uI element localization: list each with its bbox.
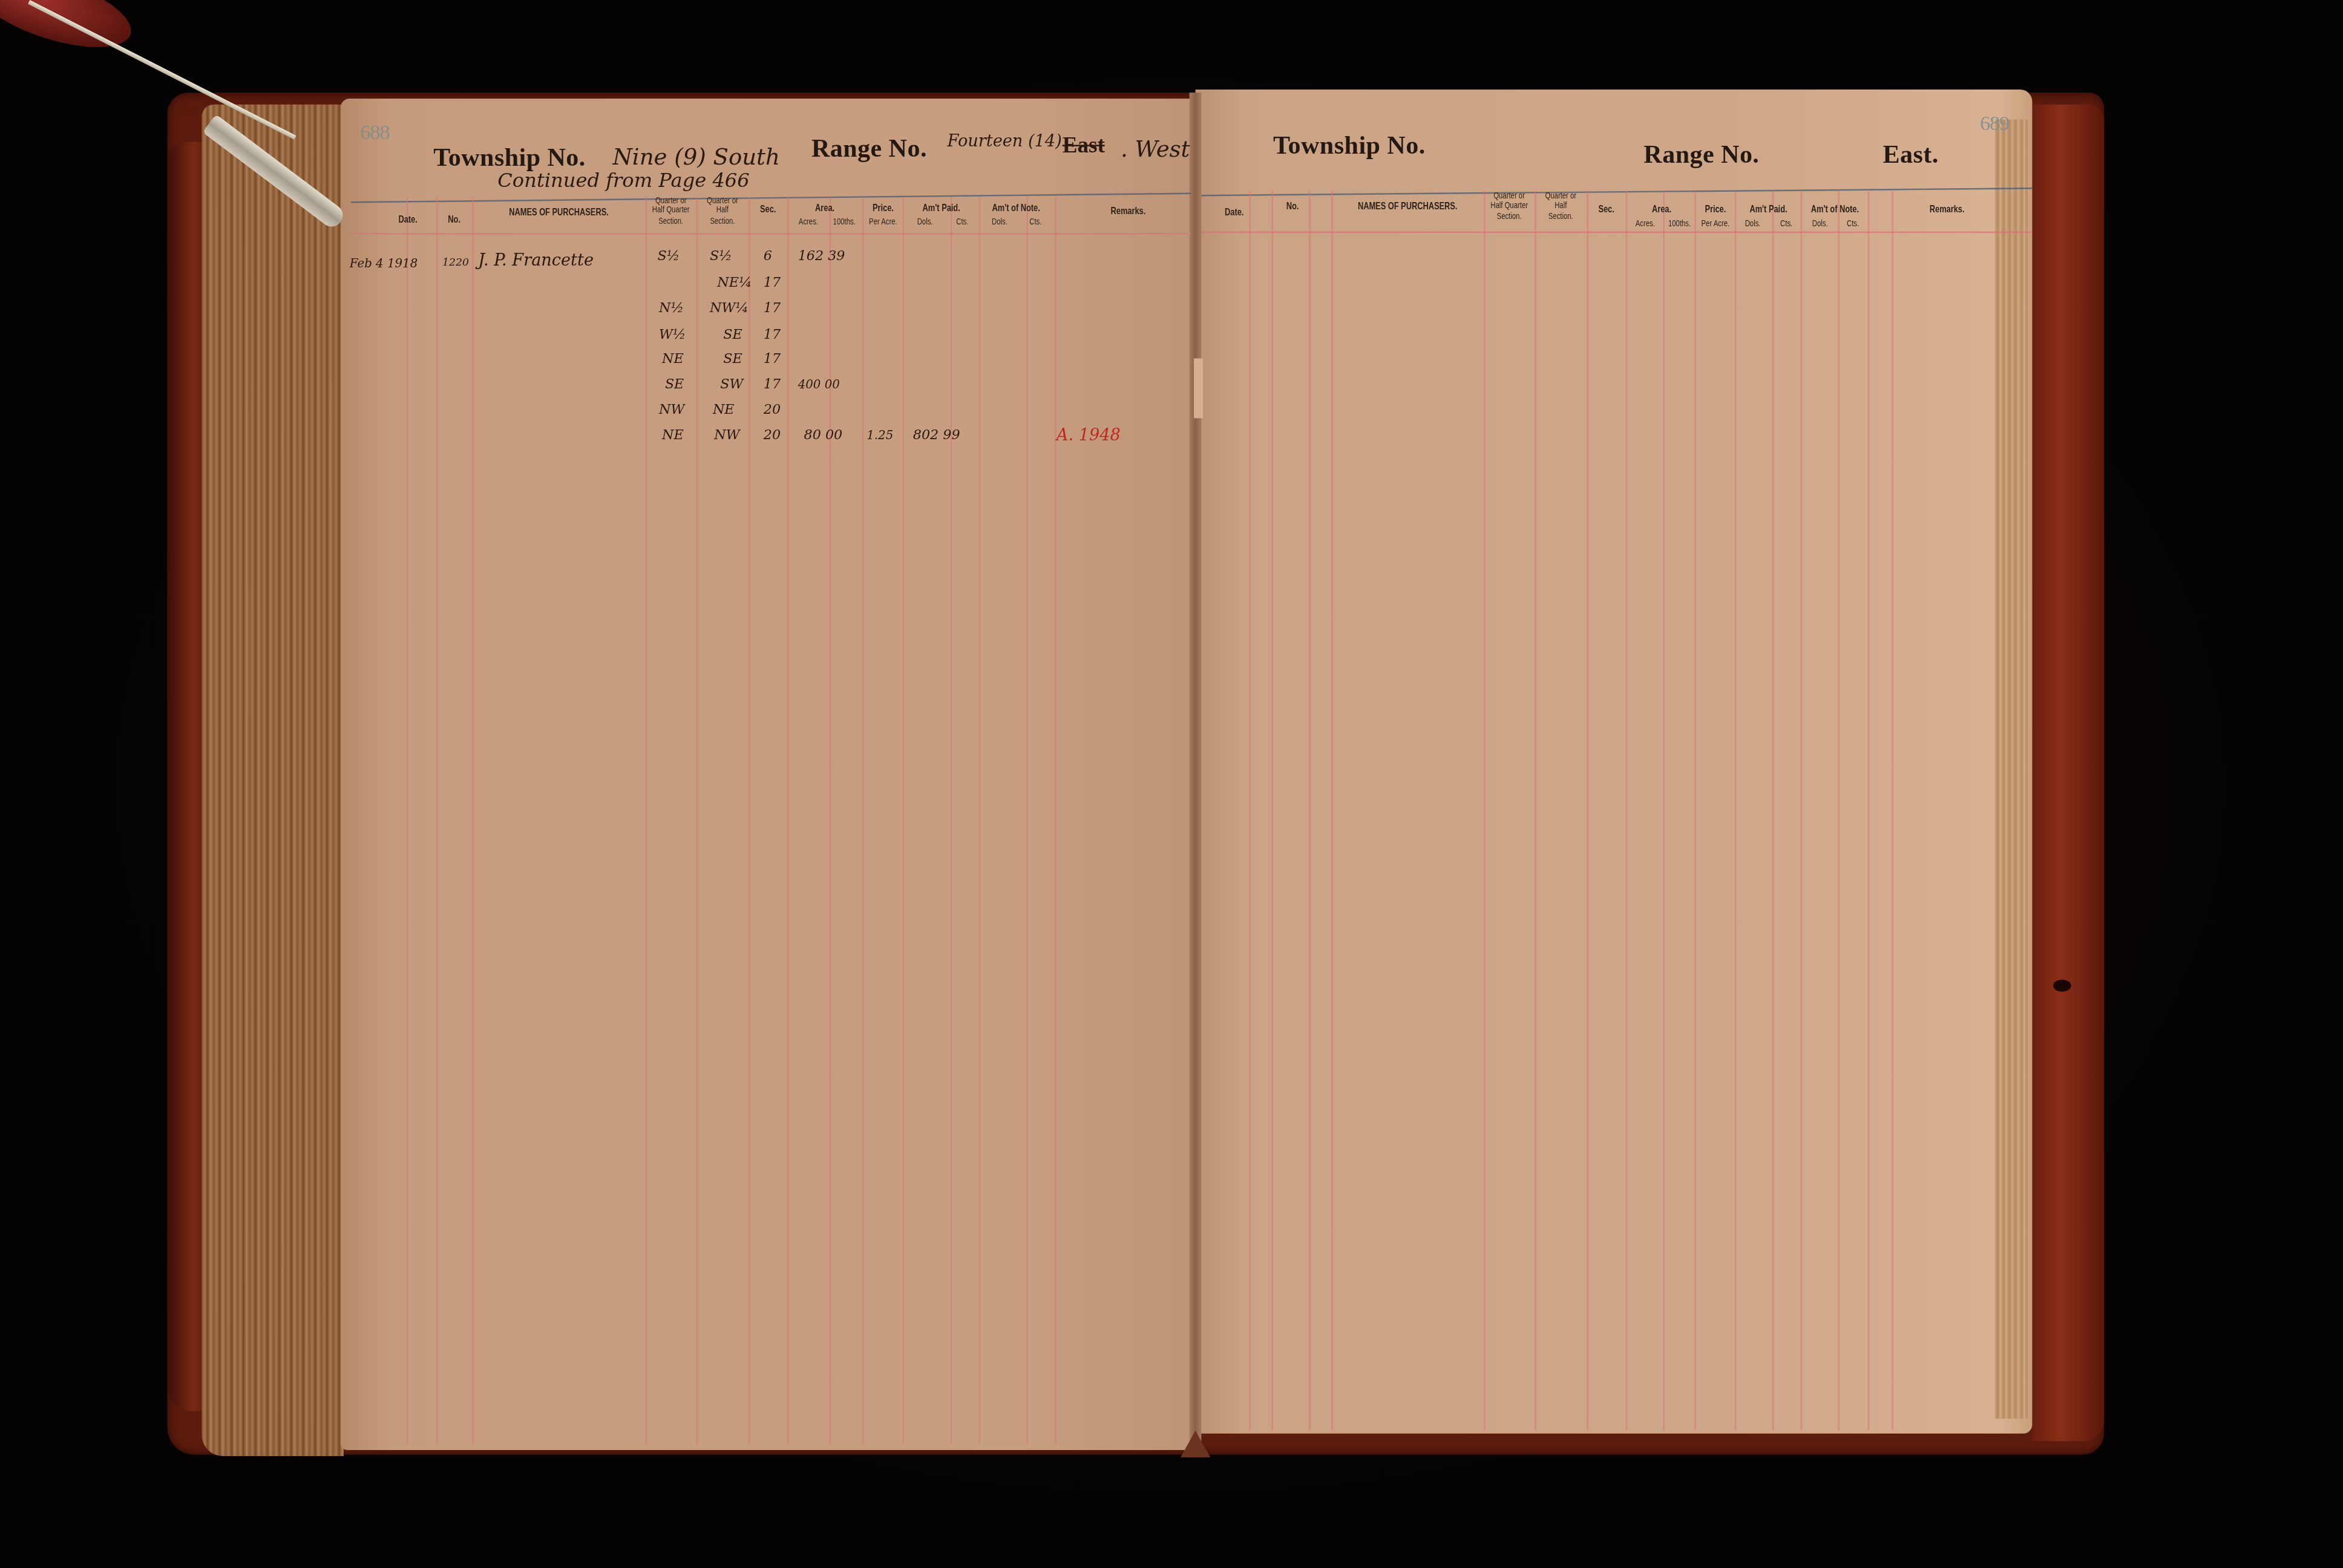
left-township-value: Nine (9) South [612,143,779,170]
right-direction-label: East. [1883,140,1938,170]
spatula-handle [28,0,296,140]
right-col-amt-note-cts: Cts. [1838,218,1867,229]
entry-qh: SE [723,328,742,344]
left-col-remarks: Remarks. [1076,206,1181,218]
left-col-area-acres: Acres. [792,217,825,227]
left-col-no: No. [441,215,467,227]
left-col-amt-paid-cts: Cts. [948,217,977,227]
book-gutter [1190,93,1202,1451]
entry-area: 162 39 [798,249,845,264]
entry-purchaser-name: J. P. Francette [478,251,594,270]
continued-note: Continued from Page 466 [497,170,749,192]
right-col-date: Date. [1219,208,1249,220]
entry-qhq: N½ [659,302,684,317]
right-col-qh: Quarter or Half Section. [1535,191,1587,221]
left-col-sec: Sec. [752,205,784,217]
left-header-bottom-rule [351,233,1191,234]
right-col-amt-note-dols: Dols. [1802,218,1838,229]
right-col-qhq: Quarter or Half Quarter Section. [1484,191,1535,221]
gutter-paper-tab [1194,358,1203,418]
entry-sec: 17 [764,302,781,317]
left-col-date: Date. [392,215,424,227]
entry-qh: NE [713,403,735,419]
left-col-area-100ths: 100ths. [828,217,860,227]
left-col-amt-note: Am't of Note. [978,203,1053,215]
right-col-area: Area. [1629,205,1695,217]
entry-price: 1.25 [867,428,893,442]
left-col-amt-paid-dols: Dols. [905,217,944,227]
left-col-amt-note-dols: Dols. [981,217,1017,227]
left-col-price: Price. [863,203,902,215]
entry-qh: SE [723,353,742,368]
left-col-names: NAMES OF PURCHASERS. [478,208,640,220]
right-township-label: Township No. [1273,131,1426,161]
left-township-label: Township No. [433,143,586,173]
right-col-sec: Sec. [1590,205,1622,217]
right-range-label: Range No. [1643,140,1759,170]
right-col-area-acres: Acres. [1629,218,1662,229]
right-col-amt-paid: Am't Paid. [1736,205,1800,217]
entry-sec: 17 [764,276,781,292]
left-range-value: Fourteen (14) [948,131,1062,151]
entry-amount-paid: 802 99 [913,428,960,443]
right-col-area-100ths: 100ths. [1663,218,1696,229]
entry-no: 1220 [442,257,469,269]
left-col-amt-paid: Am't Paid. [905,203,977,215]
entry-sec: 20 [764,403,781,419]
right-col-no: No. [1277,202,1307,214]
page-edges-left [202,105,344,1456]
left-direction-value: . West [1121,136,1190,163]
right-col-price: Price. [1696,205,1735,217]
entry-sec: 17 [764,353,781,368]
right-page-number: 689 [1980,114,2009,137]
left-col-area: Area. [789,203,861,215]
entry-sec: 17 [764,378,781,393]
right-col-names: NAMES OF PURCHASERS. [1334,202,1481,214]
right-col-amt-note: Am't of Note. [1802,205,1868,217]
entry-sec: 6 [764,249,772,264]
entry-sec: 20 [764,428,781,443]
hand [0,0,140,63]
entry-qhq: S½ [658,249,680,264]
entry-qhq: SE [665,378,684,393]
left-page-number: 688 [360,122,389,146]
entry-area: 400 00 [798,378,840,391]
right-col-amt-paid-cts: Cts. [1772,218,1801,229]
photo-stage: 688 Township No. Nine (9) South Range No… [0,0,2343,1568]
page-edges-right [1995,119,2028,1419]
entry-qh: S½ [710,249,732,264]
right-col-price-per-acre: Per Acre. [1696,218,1735,229]
entry-remarks-red: A. 1948 [1057,426,1121,445]
entry-qh: NE¼ [717,276,752,292]
right-col-remarks: Remarks. [1895,205,1999,217]
left-col-price-per-acre: Per Acre. [863,217,902,227]
entry-qh: NW¼ [710,302,749,317]
entry-qh: SW [720,378,743,393]
left-col-amt-note-cts: Cts. [1021,217,1050,227]
entry-qhq: NW [659,403,684,419]
entry-qhq: W½ [659,328,686,344]
entry-qh: NW [714,428,739,443]
entry-area: 80 00 [804,428,843,443]
right-header-bottom-rule [1201,232,2032,233]
cover-hole [2053,979,2071,991]
left-range-label: Range No. [811,134,927,164]
left-col-qh: Quarter or Half Section. [696,195,749,226]
entry-qhq: NE [662,428,684,443]
right-page [1196,90,2033,1434]
left-direction-struck: East [1063,134,1105,160]
left-col-qhq: Quarter or Half Quarter Section. [646,195,696,226]
right-col-amt-paid-dols: Dols. [1736,218,1769,229]
entry-date: Feb 4 1918 [350,257,418,270]
entry-sec: 17 [764,328,781,344]
entry-qhq: NE [662,353,684,368]
book-cover-right-edge [2032,105,2104,1441]
